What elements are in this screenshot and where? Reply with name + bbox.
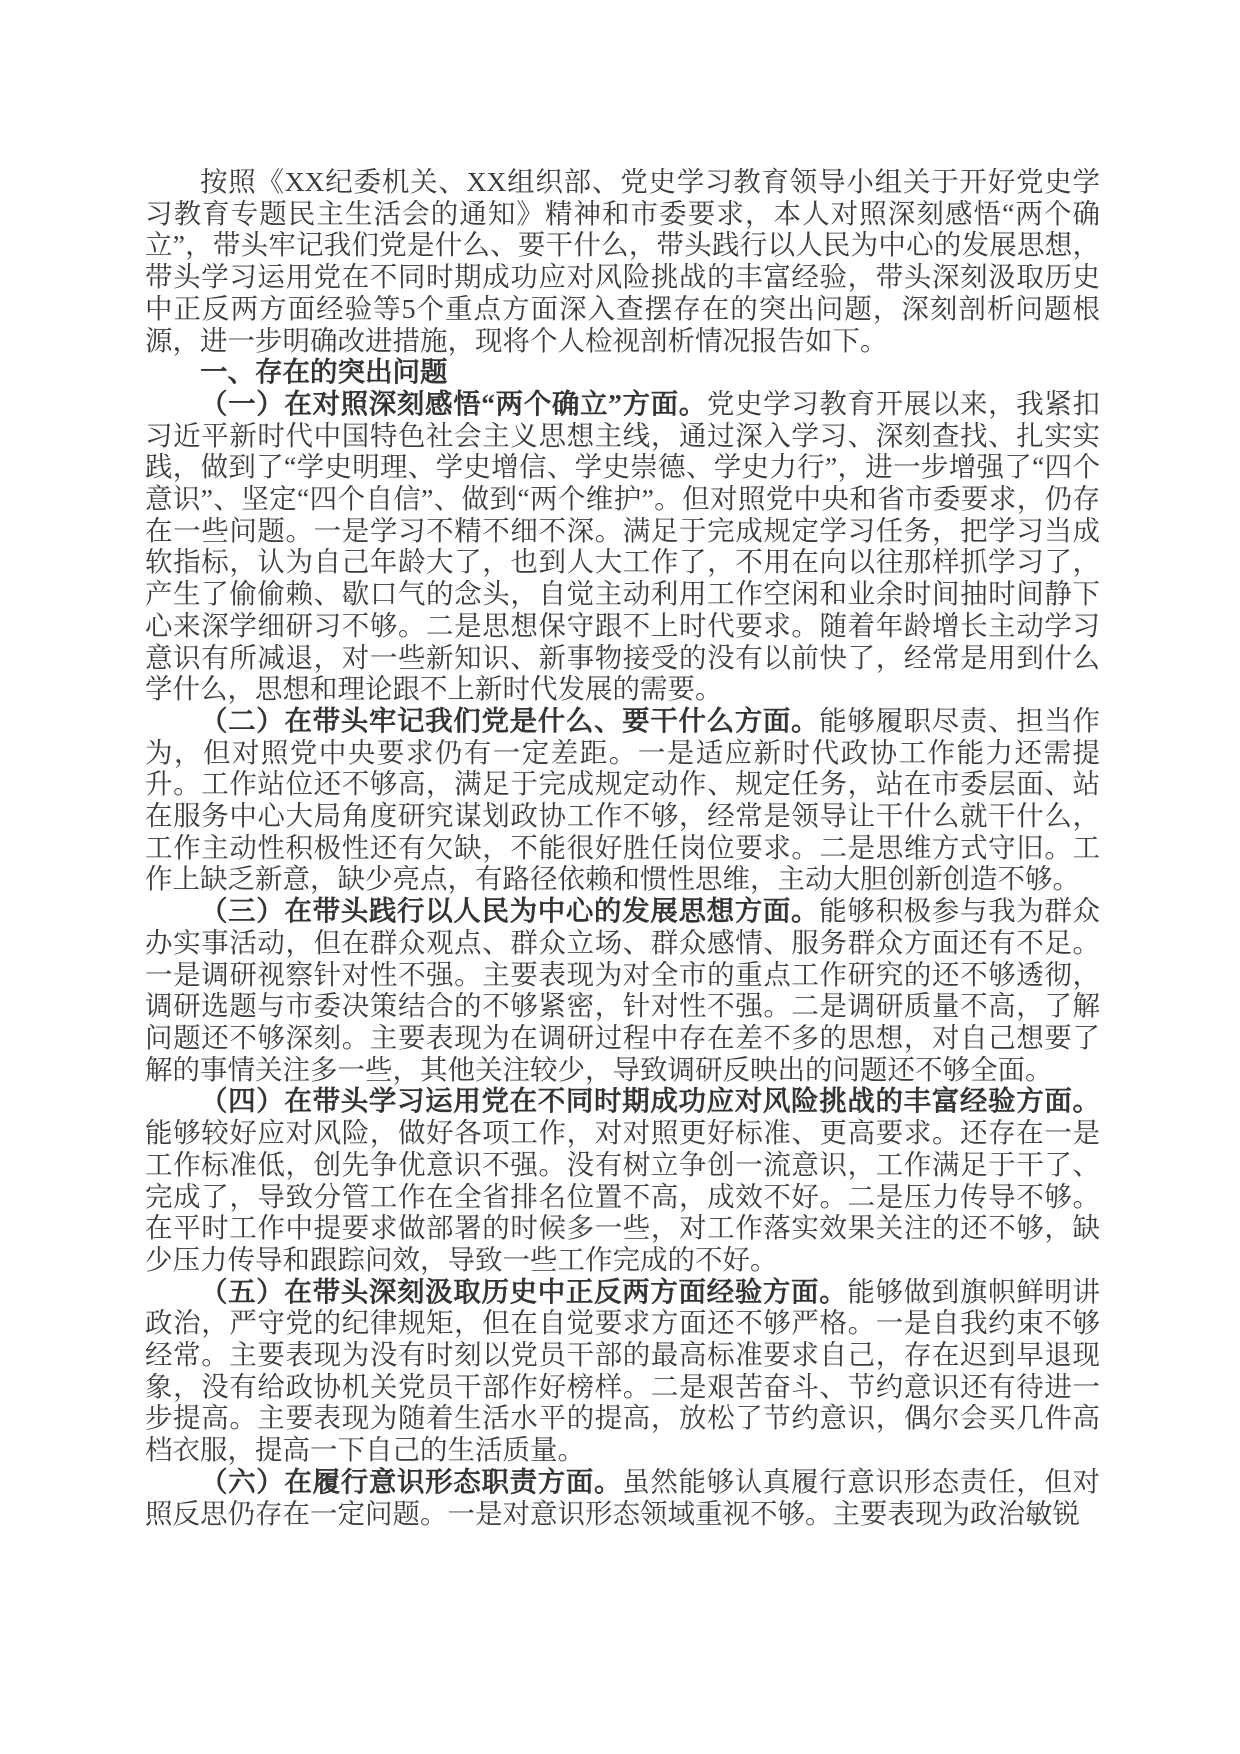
item-2-lead: （二）在带头牢记我们党是什么、要干什么方面。 [200,705,819,736]
item-1-text: 党史学习教育开展以来，我紧扣习近平新时代中国特色社会主义思想主线，通过深入学习、… [145,388,1100,704]
item-paragraph-4: （四）在带头学习运用党在不同时期成功应对风险挑战的丰富经验方面。能够较好应对风险… [145,1085,1100,1275]
item-paragraph-5: （五）在带头深刻汲取历史中正反两方面经验方面。能够做到旗帜鲜明讲政治，严守党的纪… [145,1276,1100,1466]
item-5-lead: （五）在带头深刻汲取历史中正反两方面经验方面。 [200,1276,847,1307]
item-paragraph-3: （三）在带头践行以人民为中心的发展思想方面。能够积极参与我为群众办实事活动，但在… [145,895,1100,1085]
document-body: 按照《XX纪委机关、XX组织部、党史学习教育领导小组关于开好党史学习教育专题民主… [145,166,1100,1529]
item-4-lead: （四）在带头学习运用党在不同时期成功应对风险挑战的丰富经验方面。 [200,1085,1100,1116]
item-paragraph-2: （二）在带头牢记我们党是什么、要干什么方面。能够履职尽责、担当作为，但对照党中央… [145,705,1100,895]
document-page: 按照《XX纪委机关、XX组织部、党史学习教育领导小组关于开好党史学习教育专题民主… [0,0,1240,1754]
item-3-lead: （三）在带头践行以人民为中心的发展思想方面。 [200,895,819,926]
item-paragraph-1: （一）在对照深刻感悟“两个确立”方面。党史学习教育开展以来，我紧扣习近平新时代中… [145,388,1100,705]
item-paragraph-6: （六）在履行意识形态职责方面。虽然能够认真履行意识形态责任，但对照反思仍存在一定… [145,1466,1100,1529]
intro-text: 按照《XX纪委机关、XX组织部、党史学习教育领导小组关于开好党史学习教育专题民主… [145,166,1100,356]
item-1-lead: （一）在对照深刻感悟“两个确立”方面。 [200,388,707,419]
intro-paragraph: 按照《XX纪委机关、XX组织部、党史学习教育领导小组关于开好党史学习教育专题民主… [145,166,1100,356]
item-4-text: 能够较好应对风险，做好各项工作，对对照更好标准、更高要求。还存在一是工作标准低，… [145,1117,1100,1275]
item-6-lead: （六）在履行意识形态职责方面。 [200,1466,622,1497]
section-heading-problems: 一、存在的突出问题 [145,356,1100,388]
